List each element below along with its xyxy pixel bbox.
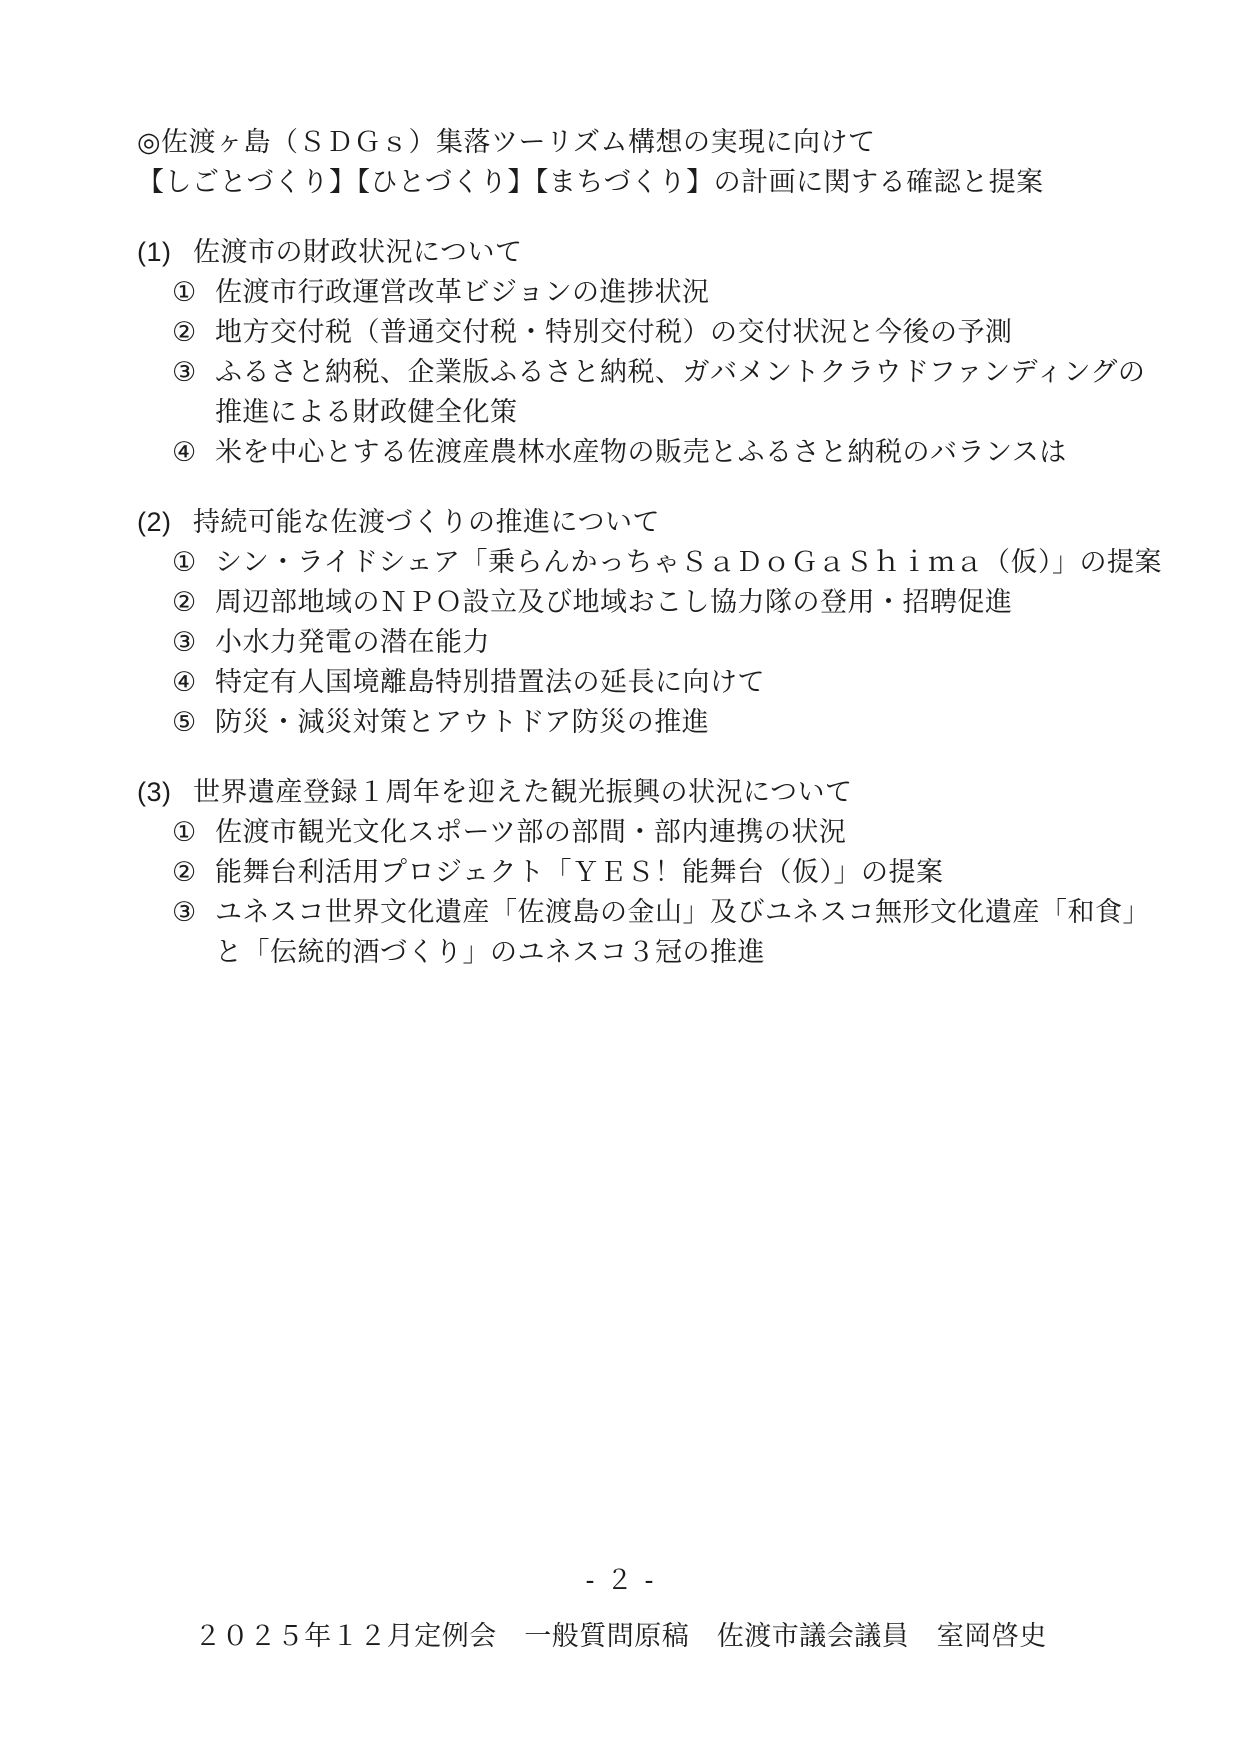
item-line: ユネスコ世界文化遺産「佐渡島の金山」及びユネスコ無形文化遺産「和食」 bbox=[215, 892, 1115, 932]
section-3-marker: (3) bbox=[137, 772, 193, 812]
section-1-heading-text: 佐渡市の財政状況について bbox=[193, 232, 522, 272]
footer-credit: ２０２５年１２月定例会 一般質問原稿 佐渡市議会議員 室岡啓史 bbox=[0, 1616, 1241, 1656]
item-text: 小水力発電の潜在能力 bbox=[215, 622, 490, 662]
item-marker: ④ bbox=[172, 662, 215, 702]
list-item: ③ ふるさと納税、企業版ふるさと納税、ガバメントクラウドファンディングの 推進に… bbox=[172, 352, 1097, 432]
document-page: ◎佐渡ヶ島（ＳＤＧｓ）集落ツーリズム構想の実現に向けて 【しごとづくり】【ひとづ… bbox=[0, 0, 1241, 1755]
item-text: 能舞台利活用プロジェクト「ＹＥＳ！能舞台（仮）」の提案 bbox=[215, 852, 943, 892]
item-marker: ⑤ bbox=[172, 702, 215, 742]
item-text: 米を中心とする佐渡産農林水産物の販売とふるさと納税のバランスは bbox=[215, 432, 1067, 472]
list-item: ④ 米を中心とする佐渡産農林水産物の販売とふるさと納税のバランスは bbox=[172, 432, 1097, 472]
item-marker: ① bbox=[172, 272, 215, 312]
list-item: ① 佐渡市行政運営改革ビジョンの進捗状況 bbox=[172, 272, 1097, 312]
item-text: 佐渡市観光文化スポーツ部の部間・部内連携の状況 bbox=[215, 812, 846, 852]
item-marker: ② bbox=[172, 582, 215, 622]
item-text: ユネスコ世界文化遺産「佐渡島の金山」及びユネスコ無形文化遺産「和食」 と「伝統的… bbox=[215, 892, 1115, 972]
section-2-heading: (2) 持続可能な佐渡づくりの推進について bbox=[137, 502, 1097, 542]
section-3-heading-text: 世界遺産登録１周年を迎えた観光振興の状況について bbox=[193, 772, 852, 812]
document-title-line1: ◎佐渡ヶ島（ＳＤＧｓ）集落ツーリズム構想の実現に向けて bbox=[137, 122, 1097, 162]
item-line: と「伝統的酒づくり」のユネスコ３冠の推進 bbox=[215, 932, 1115, 972]
section-1-heading: (1) 佐渡市の財政状況について bbox=[137, 232, 1097, 272]
item-line: シン・ライドシェア「乗らんかっちゃＳａＤｏＧａＳｈｉｍａ（仮）」の提案 bbox=[215, 547, 1162, 577]
list-item: ② 能舞台利活用プロジェクト「ＹＥＳ！能舞台（仮）」の提案 bbox=[172, 852, 1097, 892]
item-text: 地方交付税（普通交付税・特別交付税）の交付状況と今後の予測 bbox=[215, 312, 1013, 352]
section-3-items: ① 佐渡市観光文化スポーツ部の部間・部内連携の状況 ② 能舞台利活用プロジェクト… bbox=[172, 812, 1097, 972]
item-text: 周辺部地域のＮＰＯ設立及び地域おこし協力隊の登用・招聘促進 bbox=[215, 582, 1013, 622]
item-marker: ③ bbox=[172, 892, 215, 932]
item-line: 小水力発電の潜在能力 bbox=[215, 627, 490, 657]
item-line: 防災・減災対策とアウトドア防災の推進 bbox=[215, 707, 709, 737]
section-3: (3) 世界遺産登録１周年を迎えた観光振興の状況について ① 佐渡市観光文化スポ… bbox=[137, 772, 1097, 972]
list-item: ② 周辺部地域のＮＰＯ設立及び地域おこし協力隊の登用・招聘促進 bbox=[172, 582, 1097, 622]
section-1-marker: (1) bbox=[137, 232, 193, 272]
list-item: ③ ユネスコ世界文化遺産「佐渡島の金山」及びユネスコ無形文化遺産「和食」 と「伝… bbox=[172, 892, 1097, 972]
item-line: 能舞台利活用プロジェクト「ＹＥＳ！能舞台（仮）」の提案 bbox=[215, 857, 943, 887]
item-marker: ① bbox=[172, 542, 215, 582]
item-marker: ③ bbox=[172, 622, 215, 662]
item-line: 佐渡市観光文化スポーツ部の部間・部内連携の状況 bbox=[215, 817, 846, 847]
item-text: 佐渡市行政運営改革ビジョンの進捗状況 bbox=[215, 272, 709, 312]
item-line: 米を中心とする佐渡産農林水産物の販売とふるさと納税のバランスは bbox=[215, 437, 1067, 467]
document-content: ◎佐渡ヶ島（ＳＤＧｓ）集落ツーリズム構想の実現に向けて 【しごとづくり】【ひとづ… bbox=[137, 122, 1097, 972]
item-marker: ③ bbox=[172, 352, 215, 392]
list-item: ① シン・ライドシェア「乗らんかっちゃＳａＤｏＧａＳｈｉｍａ（仮）」の提案 bbox=[172, 542, 1097, 582]
list-item: ⑤ 防災・減災対策とアウトドア防災の推進 bbox=[172, 702, 1097, 742]
item-line: 佐渡市行政運営改革ビジョンの進捗状況 bbox=[215, 277, 709, 307]
list-item: ④ 特定有人国境離島特別措置法の延長に向けて bbox=[172, 662, 1097, 702]
item-marker: ① bbox=[172, 812, 215, 852]
item-line: 周辺部地域のＮＰＯ設立及び地域おこし協力隊の登用・招聘促進 bbox=[215, 587, 1013, 617]
section-2-items: ① シン・ライドシェア「乗らんかっちゃＳａＤｏＧａＳｈｉｍａ（仮）」の提案 ② … bbox=[172, 542, 1097, 742]
item-text: 特定有人国境離島特別措置法の延長に向けて bbox=[215, 662, 765, 702]
item-line: 特定有人国境離島特別措置法の延長に向けて bbox=[215, 667, 765, 697]
item-marker: ④ bbox=[172, 432, 215, 472]
list-item: ② 地方交付税（普通交付税・特別交付税）の交付状況と今後の予測 bbox=[172, 312, 1097, 352]
list-item: ③ 小水力発電の潜在能力 bbox=[172, 622, 1097, 662]
item-line: 推進による財政健全化策 bbox=[215, 392, 1115, 432]
item-text: シン・ライドシェア「乗らんかっちゃＳａＤｏＧａＳｈｉｍａ（仮）」の提案 bbox=[215, 542, 1115, 582]
section-3-heading: (3) 世界遺産登録１周年を迎えた観光振興の状況について bbox=[137, 772, 1097, 812]
item-line: 地方交付税（普通交付税・特別交付税）の交付状況と今後の予測 bbox=[215, 317, 1013, 347]
item-line: ふるさと納税、企業版ふるさと納税、ガバメントクラウドファンディングの bbox=[215, 352, 1115, 392]
section-2-heading-text: 持続可能な佐渡づくりの推進について bbox=[193, 502, 660, 542]
item-text: 防災・減災対策とアウトドア防災の推進 bbox=[215, 702, 709, 742]
section-2-marker: (2) bbox=[137, 502, 193, 542]
item-marker: ② bbox=[172, 852, 215, 892]
document-title-block: ◎佐渡ヶ島（ＳＤＧｓ）集落ツーリズム構想の実現に向けて 【しごとづくり】【ひとづ… bbox=[137, 122, 1097, 202]
section-1-items: ① 佐渡市行政運営改革ビジョンの進捗状況 ② 地方交付税（普通交付税・特別交付税… bbox=[172, 272, 1097, 472]
section-2: (2) 持続可能な佐渡づくりの推進について ① シン・ライドシェア「乗らんかっち… bbox=[137, 502, 1097, 742]
page-number: - ２ - bbox=[0, 1560, 1241, 1600]
section-1: (1) 佐渡市の財政状況について ① 佐渡市行政運営改革ビジョンの進捗状況 ② … bbox=[137, 232, 1097, 472]
item-marker: ② bbox=[172, 312, 215, 352]
list-item: ① 佐渡市観光文化スポーツ部の部間・部内連携の状況 bbox=[172, 812, 1097, 852]
item-text: ふるさと納税、企業版ふるさと納税、ガバメントクラウドファンディングの 推進による… bbox=[215, 352, 1115, 432]
document-title-line2: 【しごとづくり】【ひとづくり】【まちづくり】の計画に関する確認と提案 bbox=[137, 162, 1097, 202]
